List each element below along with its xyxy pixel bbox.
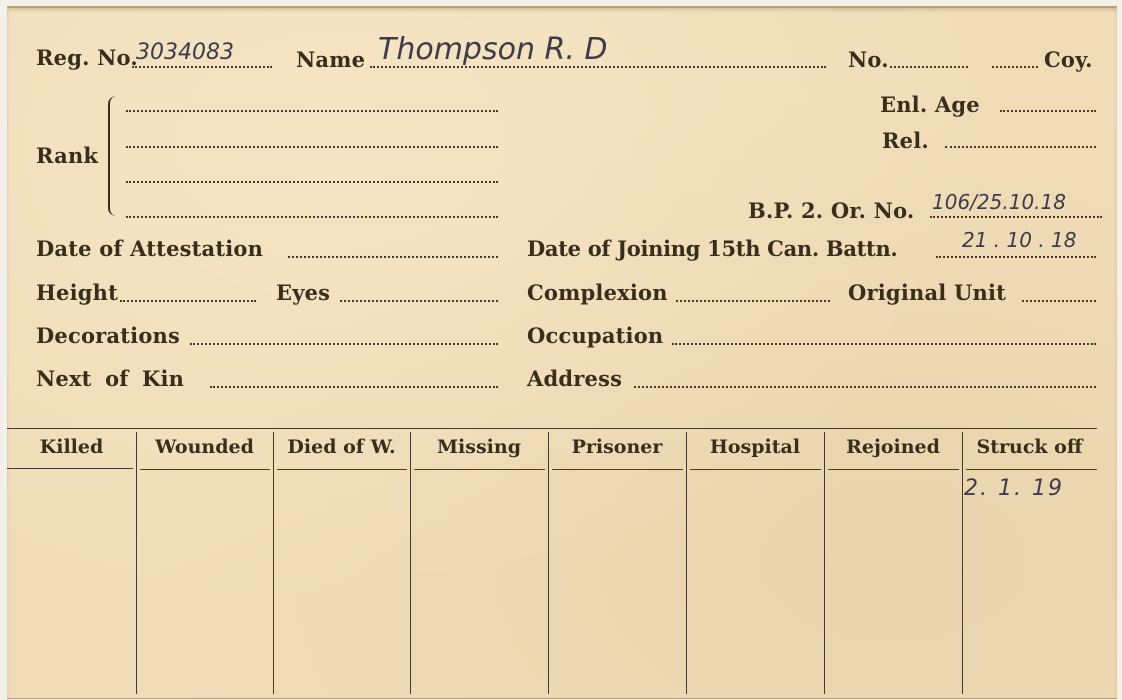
complexion-label: Complexion (527, 280, 668, 305)
coy-label: Coy. (1044, 47, 1093, 72)
column-header-killed: Killed (7, 436, 136, 458)
column-divider (824, 432, 825, 694)
rank-field-1[interactable] (126, 110, 498, 112)
complexion-field[interactable] (676, 300, 830, 302)
rank-label: Rank (36, 143, 98, 168)
header-underline (966, 469, 1097, 470)
name-label: Name (296, 47, 365, 72)
joining-label: Date of Joining 15th Can. Battn. (527, 236, 897, 261)
column-divider (548, 432, 549, 694)
no-field[interactable] (890, 66, 968, 68)
table-top-rule (7, 428, 1097, 429)
occupation-label: Occupation (527, 323, 663, 348)
rel-label: Rel. (882, 128, 929, 153)
column-header-prisoner: Prisoner (548, 436, 686, 458)
column-header-missing: Missing (410, 436, 548, 458)
address-field[interactable] (634, 386, 1096, 388)
bp-order-value: 106/25.10.18 (932, 190, 1066, 214)
header-underline (552, 469, 683, 470)
header-underline (690, 469, 821, 470)
no-label: No. (848, 47, 889, 72)
column-header-rejoined: Rejoined (824, 436, 962, 458)
height-field[interactable] (120, 300, 256, 302)
column-divider (962, 432, 963, 694)
original-unit-label: Original Unit (848, 280, 1006, 305)
reg-no-label: Reg. No. (36, 45, 138, 70)
column-divider (686, 432, 687, 694)
attestation-label: Date of Attestation (36, 236, 263, 261)
name-value: Thompson R. D (378, 32, 608, 67)
decorations-label: Decorations (36, 323, 180, 348)
header-underline (140, 469, 270, 470)
bp-order-label: B.P. 2. Or. No. (748, 198, 914, 223)
height-label: Height (36, 280, 118, 305)
address-label: Address (527, 366, 622, 391)
column-header-wounded: Wounded (136, 436, 273, 458)
reg-no-value: 3034083 (136, 40, 234, 65)
reg-no-field[interactable] (132, 66, 272, 68)
column-header-struck-off: Struck off (962, 436, 1097, 458)
coy-field[interactable] (992, 66, 1038, 68)
eyes-label: Eyes (276, 280, 330, 305)
struck-off-value: 2. 1. 19 (964, 476, 1064, 501)
header-underline (277, 469, 407, 470)
rank-field-4[interactable] (126, 216, 498, 218)
joining-value: 21 . 10 . 18 (962, 228, 1077, 252)
original-unit-field[interactable] (1022, 300, 1096, 302)
decorations-field[interactable] (190, 343, 498, 345)
rank-field-2[interactable] (126, 146, 498, 148)
enl-age-field[interactable] (1000, 110, 1096, 112)
column-header-hospital: Hospital (686, 436, 824, 458)
occupation-field[interactable] (672, 343, 1096, 345)
next-of-kin-field[interactable] (210, 386, 498, 388)
rank-brace (108, 96, 124, 216)
header-underline (414, 469, 545, 470)
rank-field-3[interactable] (126, 181, 498, 183)
enl-age-label: Enl. Age (880, 92, 980, 117)
eyes-field[interactable] (340, 300, 498, 302)
bp-order-field[interactable] (930, 216, 1102, 218)
attestation-field[interactable] (288, 256, 498, 258)
rel-field[interactable] (945, 146, 1096, 148)
header-underline (7, 468, 133, 469)
joining-field[interactable] (936, 256, 1096, 258)
column-divider (136, 432, 137, 694)
header-underline (828, 469, 959, 470)
column-divider (273, 432, 274, 694)
column-divider (410, 432, 411, 694)
column-header-died-of-wounds: Died of W. (273, 436, 410, 458)
next-of-kin-label: Next of Kin (36, 366, 184, 391)
